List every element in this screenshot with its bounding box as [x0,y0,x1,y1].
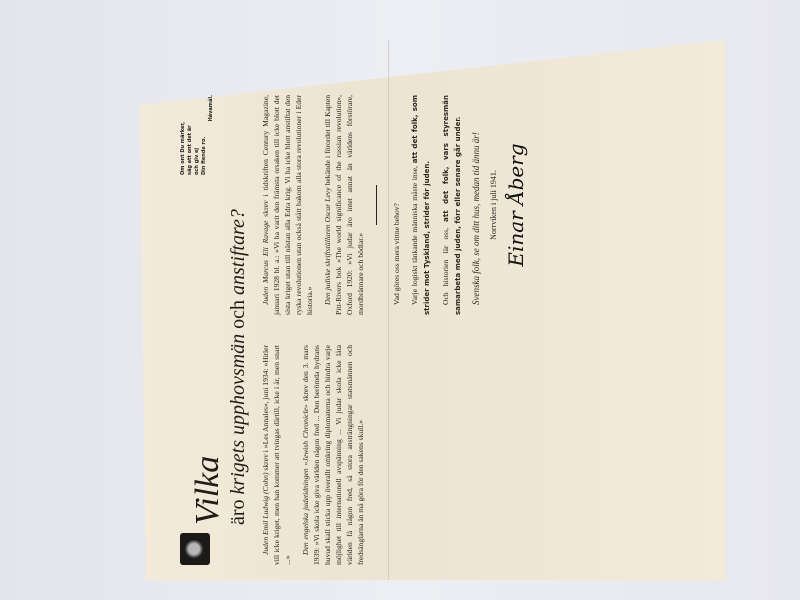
quote-paragraph: Den judiske skriftställaren Oscar Levy b… [322,95,366,315]
emblem-icon [180,533,210,565]
poem-line: Om ont Du märker, [180,95,187,175]
quote-paragraph: Juden Emil Ludwig (Cohn) skrev i »Les An… [260,345,293,565]
logic-paragraph: Varje logiskt tänkande människa måste in… [409,95,433,315]
page-title: Vilka äro krigets upphovsmän och anstift… [190,105,250,525]
quote-paragraph: Den engelska judetidningen »Jewish Chron… [300,345,366,565]
signature: Einar Åberg [504,95,528,315]
right-column: Juden Marcus Eli Ravage skrev i tidskrif… [260,95,528,315]
place-date: Norrviken i juli 1941. [489,95,498,315]
question-text: Vad göres oss mera vittne behov? [391,95,402,315]
closing-appeal: Svenska folk, se om ditt hus, medan tid … [471,95,482,315]
quote-paragraph: Juden Marcus Eli Ravage skrev i tidskrif… [260,95,315,315]
history-paragraph: Och historien lär oss, att det folk, var… [440,95,464,315]
left-column: Juden Emil Ludwig (Cohn) skrev i »Les An… [260,345,373,565]
title-sub: äro krigets upphovsmän och anstiftare? [226,105,250,525]
leaflet-content: Om ont Du märker, säg att ont det är och… [180,95,740,565]
title-main: Vilka [190,105,226,525]
divider [376,185,377,225]
